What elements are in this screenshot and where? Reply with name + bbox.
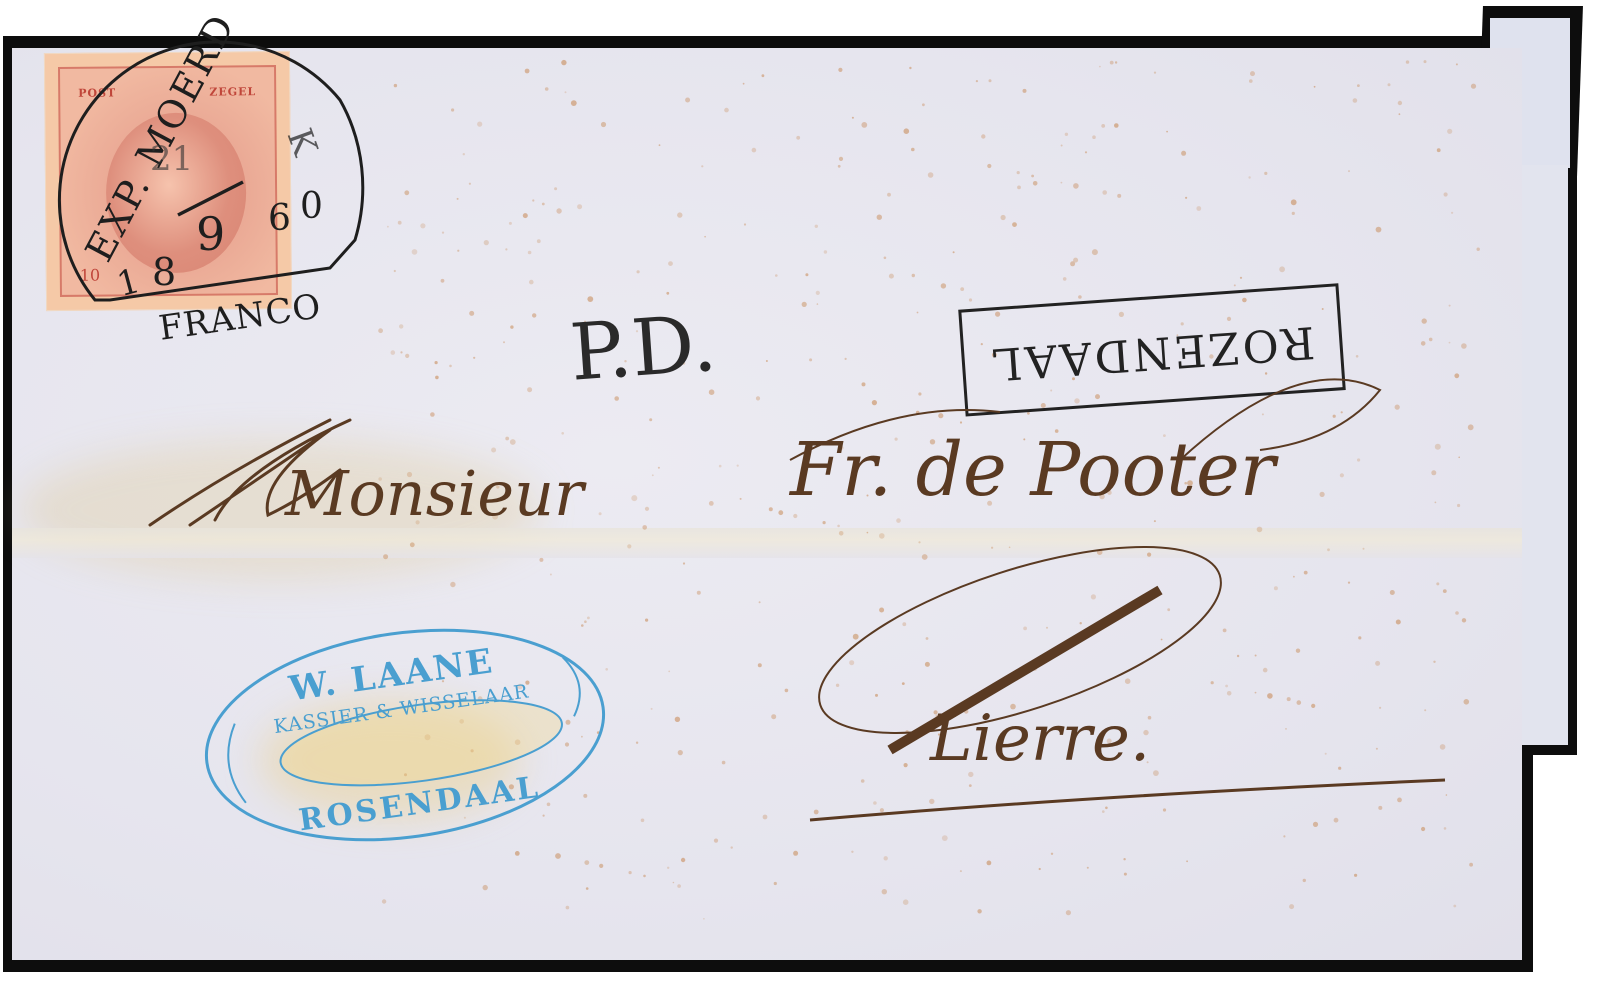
postmark-town-end: K <box>279 123 325 161</box>
postmark-year-digit: 0 <box>300 186 323 227</box>
postmark-text: EXP. MOERD 21 9 1 8 6 0 K <box>77 6 325 305</box>
postmark-year-digit: 6 <box>268 198 291 239</box>
svg-text:ROZENDAAL: ROZENDAAL <box>988 316 1316 390</box>
postmark-month: 9 <box>196 207 225 261</box>
pd-mark: P.D. <box>567 299 719 399</box>
address-name: Fr. de Pooter <box>788 427 1280 513</box>
marks-layer: EXP. MOERD 21 9 1 8 6 0 K FRANCO P.D. RO… <box>0 0 1597 1004</box>
franco-mark: FRANCO <box>156 286 323 348</box>
rozendaal-box: ROZENDAAL <box>960 285 1344 415</box>
address-city: Lierre. <box>929 702 1150 776</box>
address-salutation: Monsieur <box>284 457 587 530</box>
postmark-day: 21 <box>150 139 193 179</box>
postal-cover-photo: POST ZEGEL 10 EXP. MOERD 21 9 1 8 6 0 K … <box>0 0 1597 1004</box>
postmark-year-digit: 8 <box>152 250 176 294</box>
sender-cachet: W. LAANE KASSIER & WISSELAAR ROSENDAAL <box>193 606 617 864</box>
